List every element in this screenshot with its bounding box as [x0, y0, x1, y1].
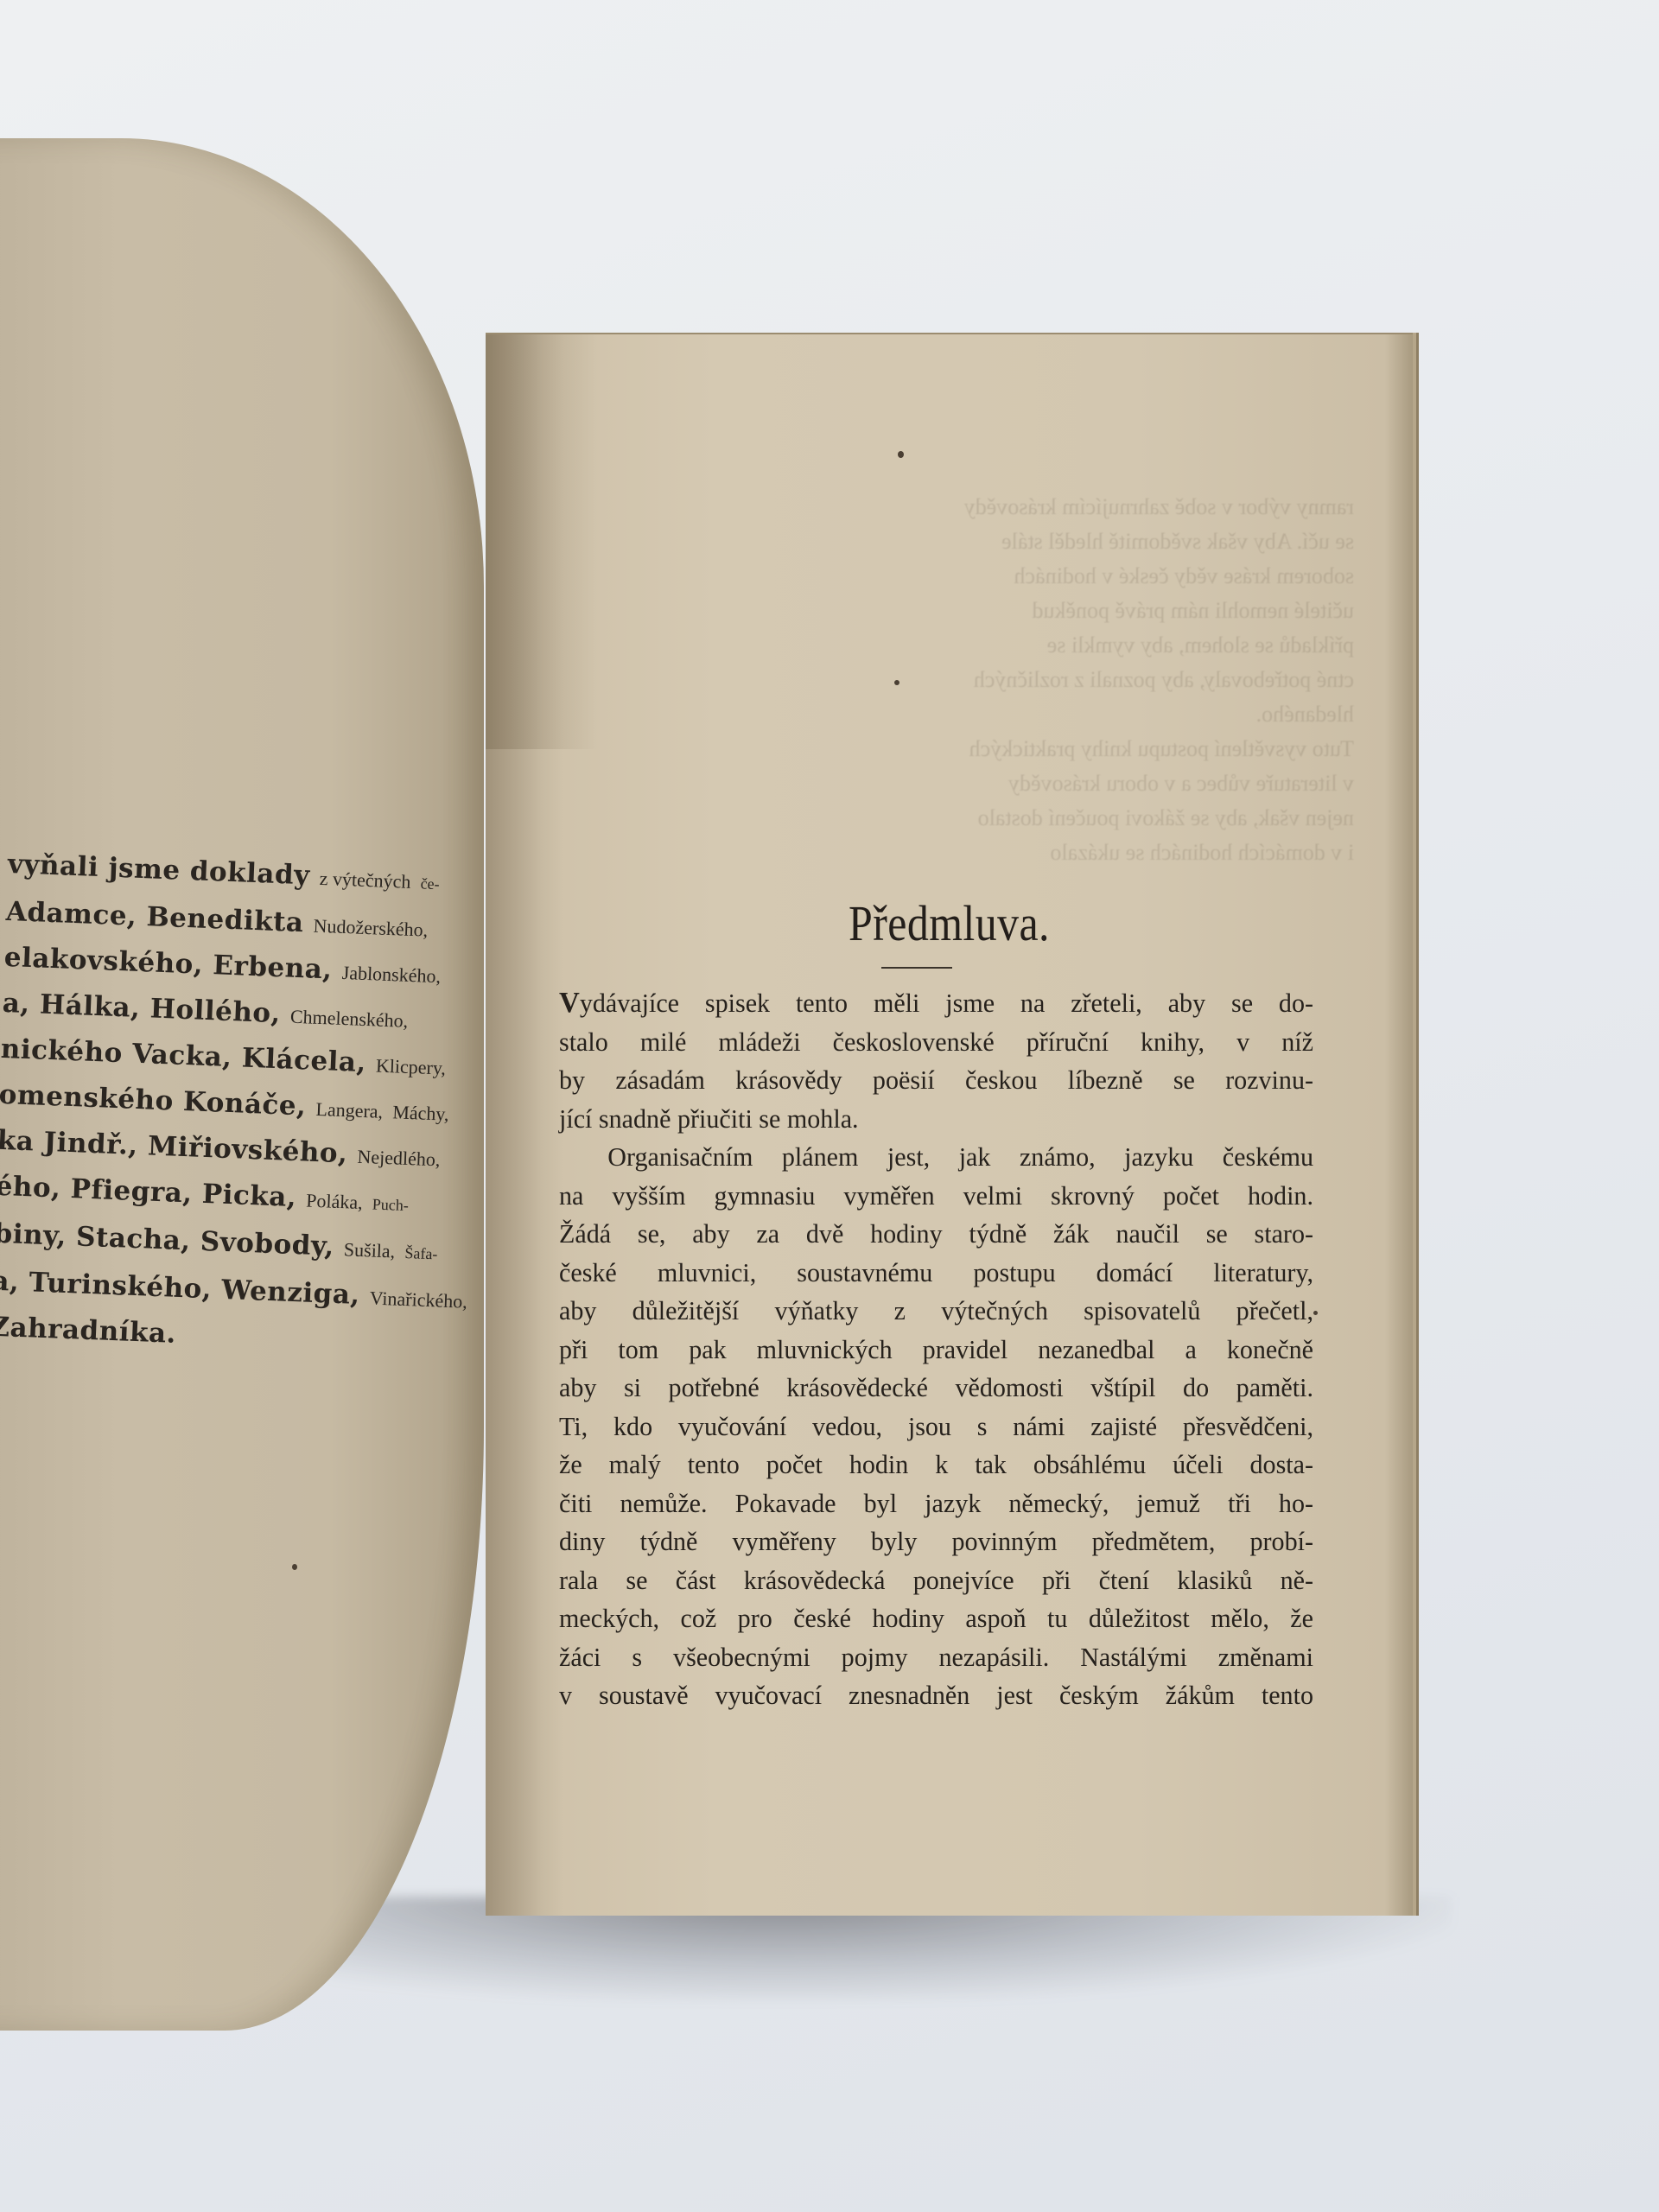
text-line: české mluvnici, soustavnému postupu domá… — [559, 1254, 1313, 1293]
text-line: aby důležitější výňatky z výtečných spis… — [559, 1292, 1313, 1331]
text-line: žáci s všeobecnými pojmy nezapásili. Nas… — [559, 1638, 1313, 1677]
left-page-text: vyňali jsme doklady z výtečných če- Adam… — [0, 842, 484, 1368]
drop-cap: V — [559, 987, 580, 1019]
text-line: diny týdně vyměřeny byly povinným předmě… — [559, 1522, 1313, 1561]
right-page: ramny výbor v sobě zahrnujícím krásovědy… — [486, 333, 1413, 1916]
text-line: meckých, což pro české hodiny aspoň tu d… — [559, 1599, 1313, 1638]
text-line: rala se část krásovědecká ponejvíce při … — [559, 1561, 1313, 1600]
text-line: jící snadně přiučiti se mohla. — [559, 1100, 1313, 1139]
text-line: na vyšším gymnasiu vyměřen velmi skrovný… — [559, 1177, 1313, 1216]
text-line: Ti, kdo vyučování vedou, jsou s námi zaj… — [559, 1408, 1313, 1446]
page-title: Předmluva. — [550, 894, 1348, 952]
text-line: Vydávajíce spisek tento měli jsme na zře… — [559, 984, 1313, 1023]
text-line: aby si potřebné krásovědecké vědomosti v… — [559, 1369, 1313, 1408]
paper-speck — [894, 680, 899, 685]
text-line: stalo milé mládeži československé příruč… — [559, 1023, 1313, 1062]
paper-speck — [292, 1564, 297, 1570]
text-line: že malý tento počet hodin k tak obsáhlém… — [559, 1446, 1313, 1484]
text-line: čiti nemůže. Pokavade byl jazyk německý,… — [559, 1484, 1313, 1523]
text-line: při tom pak mluvnických pravidel nezaned… — [559, 1331, 1313, 1370]
text-line: Žádá se, aby za dvě hodiny týdně žák nau… — [559, 1215, 1313, 1254]
title-rule — [881, 967, 952, 969]
text-line: Organisačním plánem jest, jak známo, jaz… — [559, 1138, 1313, 1177]
text-line: v soustavě vyučovací znesnadněn jest čes… — [559, 1676, 1313, 1715]
text-line: by zásadám krásovědy poësií českou líbez… — [559, 1061, 1313, 1100]
left-page: vyňali jsme doklady z výtečných če- Adam… — [0, 138, 484, 2031]
preface-body: Vydávajíce spisek tento měli jsme na zře… — [559, 984, 1337, 1715]
showthrough-text: ramny výbor v sobě zahrnujícím krásovědy… — [576, 490, 1354, 870]
paper-speck — [898, 451, 904, 458]
